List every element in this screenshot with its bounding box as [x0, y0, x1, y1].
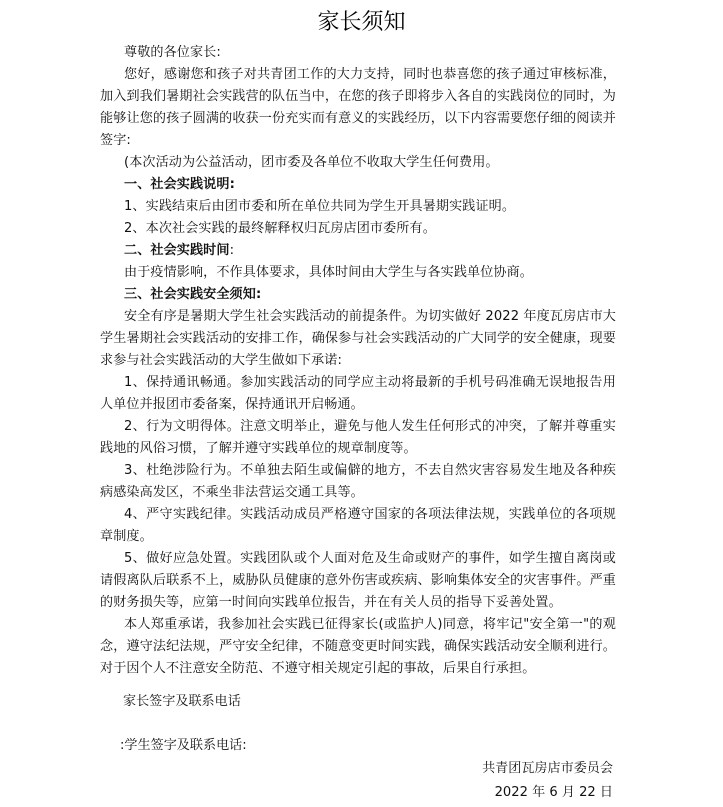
section-3-intro: 安全有序是暑期大学生社会实践活动的前提条件。为切实做好 2022 年度瓦房店市大… [100, 306, 616, 372]
section-1-item: 2、本次社会实践的最终解释权归瓦房店团市委所有。 [100, 218, 616, 240]
section-3-heading: 三、社会实践安全须知: [100, 284, 616, 306]
pledge-paragraph: 本人郑重承诺，我参加社会实践已征得家长(或监护人)同意，将牢记"安全第一"的观念… [100, 614, 616, 680]
section-1-item: 1、实践结束后由团市委和所在单位共同为学生开具暑期实践证明。 [100, 196, 616, 218]
intro-paragraph: 您好，感谢您和孩子对共青团工作的大力支持，同时也恭喜您的孩子通过审核标准，加入到… [100, 64, 616, 152]
section-2-heading: 二、社会实践时间: [100, 240, 616, 262]
safety-item: 5、做好应急处置。实践团队或个人面对危及生命或财产的事件，如学生擅自离岗或请假离… [100, 548, 616, 614]
section-2-item: 由于疫情影响，不作具体要求，具体时间由大学生与各实践单位协商。 [100, 262, 616, 284]
issuer: 共青团瓦房店市委员会 [482, 760, 613, 778]
document-body: 尊敬的各位家长: 您好，感谢您和孩子对共青团工作的大力支持，同时也恭喜您的孩子通… [100, 42, 616, 680]
parent-signature-label: 家长签字及联系电话 [123, 693, 241, 711]
safety-item: 1、保持通讯畅通。参加实践活动的同学应主动将最新的手机号码准确无误地报告用人单位… [100, 372, 616, 416]
safety-item: 4、严守实践纪律。实践活动成员严格遵守国家的各项法律法规，实践单位的各项规章制度… [100, 504, 616, 548]
safety-item: 2、行为文明得体。注意文明举止，避免与他人发生任何形式的冲突，了解并尊重实践地的… [100, 416, 616, 460]
issue-date: 2022 年 6 月 22 日 [495, 784, 613, 802]
student-signature-label: :学生签字及联系电话: [120, 737, 247, 755]
document-title: 家长须知 [0, 8, 723, 38]
section-1-heading: 一、社会实践说明: [100, 174, 616, 196]
safety-item: 3、杜绝涉险行为。不单独去陌生或偏僻的地方，不去自然灾害容易发生地及各种疾病感染… [100, 460, 616, 504]
fee-note: (本次活动为公益活动，团市委及各单位不收取大学生任何费用。 [100, 152, 616, 174]
greeting: 尊敬的各位家长: [100, 42, 616, 64]
